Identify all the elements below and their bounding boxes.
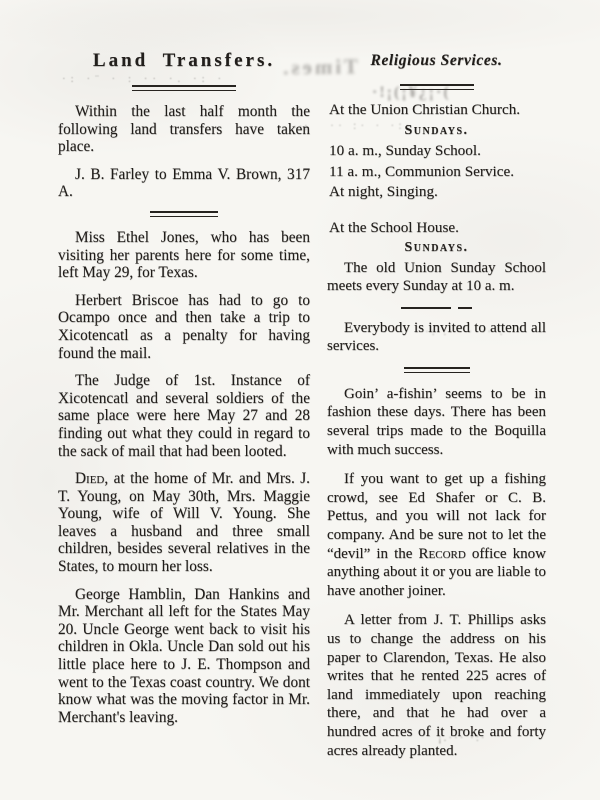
paragraph-everybody-invited: Everybody is invited to attend all servi… [327,319,546,356]
religious-services-heading: Religious Services. [327,52,546,70]
double-rule [150,211,218,217]
paragraph-hamblin: George Hamblin, Dan Hankins and Mr. Merc… [58,586,310,727]
service-time-line: 10 a. m., Sunday School. [327,141,546,162]
spacer [327,203,546,218]
paragraph-sunday-school: The old Union Sunday School meets every … [327,259,546,296]
sundays-subhead: Sundays. [327,121,546,142]
paragraph-farley-transfer: J. B. Farley to Emma V. Brown, 317 A. [58,166,310,201]
land-transfers-heading: Land Transfers. [58,50,310,72]
column-land-transfers: Land Transfers. Within the last half mon… [58,40,310,771]
paragraph-judge: The Judge of 1st. Instance of Xicotencat… [58,372,310,460]
double-rule [400,84,474,90]
paragraph-fishing-crowd: If you want to get up a fishing crowd, s… [327,470,546,600]
paragraph-intro: Within the last half month the following… [58,103,310,156]
service-time-line: At night, Singing. [327,182,546,203]
died-smallcaps: Died, [75,470,108,487]
sundays-subhead: Sundays. [327,238,546,259]
paragraph-obituary: Died, at the home of Mr. and Mrs. J. T. … [58,470,310,576]
paragraph-ethel-jones: Miss Ethel Jones, who has been visiting … [58,229,310,282]
service-time-line: 11 a. m., Communion Service. [327,162,546,183]
double-rule [404,367,470,373]
paragraph-fishing: Goin’ a-fishin’ seems to be in fashion t… [327,385,546,459]
double-rule [132,85,236,91]
column-religious-services: Religious Services. At the Union Christi… [327,40,546,771]
schoolhouse-location-line: At the School House. [327,218,546,239]
paragraph-herbert-briscoe: Herbert Briscoe has had to go to Ocampo … [58,292,310,362]
record-smallcaps: Record [419,546,466,562]
church-location-line: At the Union Christian Church. [327,100,546,121]
single-rule [327,307,546,309]
paragraph-phillips-letter: A letter from J. T. Phillips asks us to … [327,611,546,760]
newspaper-page: Land Transfers. Within the last half mon… [58,40,546,771]
rule-segment [401,307,451,309]
rule-segment [458,307,472,309]
